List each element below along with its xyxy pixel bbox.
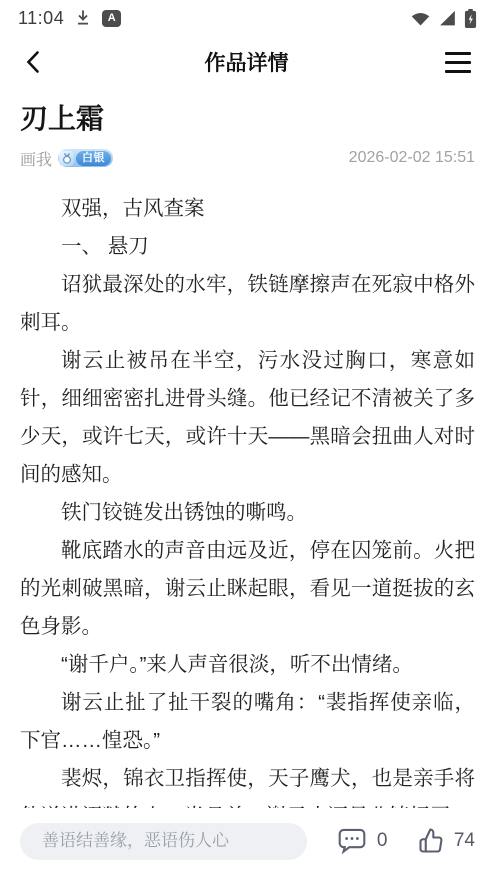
story-paragraph: 谢云止扯了扯干裂的嘴角：“裴指挥使亲临，下官……惶恐。” (20, 684, 475, 760)
work-title: 刃上霜 (20, 102, 475, 136)
bottom-bar: 0 74 (0, 808, 493, 878)
comment-bubble-icon (336, 826, 368, 856)
back-button[interactable] (22, 49, 46, 75)
story-paragraph: 靴底踏水的声音由远及近，停在囚笼前。火把的光刺破黑暗，谢云止眯起眼，看见一道挺拔… (20, 532, 475, 646)
story-paragraph: 一、 悬刀 (20, 228, 475, 266)
story-paragraph: 诏狱最深处的水牢，铁链摩擦声在死寂中格外刺耳。 (20, 266, 475, 342)
article: 刃上霜 画我 白银 2026-02-02 15:51 双强，古风查案一、 悬刀诏… (0, 90, 493, 836)
story-paragraph: 双强，古风查案 (20, 190, 475, 228)
story-paragraph: “谢千户。”来人声音很淡，听不出情绪。 (20, 646, 475, 684)
chevron-left-icon (22, 49, 46, 75)
thumbs-up-icon (417, 827, 445, 855)
page-title: 作品详情 (0, 47, 493, 77)
publish-date: 2026-02-02 15:51 (349, 149, 475, 167)
meta-row: 画我 白银 2026-02-02 15:51 (20, 148, 475, 168)
clock: 11:04 (18, 8, 64, 29)
menu-button[interactable] (445, 52, 471, 73)
like-action[interactable]: 74 (417, 827, 475, 855)
a-badge-icon: A (102, 10, 121, 27)
status-bar: 11:04 A (0, 0, 493, 34)
cellular-icon (438, 9, 457, 27)
header: 作品详情 (0, 34, 493, 90)
hamburger-icon (445, 52, 471, 55)
download-icon (74, 9, 92, 27)
like-count: 74 (454, 830, 475, 852)
story-paragraph: 谢云止被吊在半空，污水没过胸口，寒意如针，细细密密扎进骨头缝。他已经记不清被关了… (20, 342, 475, 494)
story-paragraph: 铁门铰链发出锈蚀的嘶鸣。 (20, 494, 475, 532)
wifi-icon (410, 9, 431, 27)
app-screen: 11:04 A (0, 0, 493, 878)
author-name[interactable]: 画我 (20, 147, 52, 170)
rank-badge-label: 白银 (76, 151, 111, 166)
rank-badge[interactable]: 白银 (58, 149, 113, 167)
battery-charging-icon (464, 8, 477, 29)
story-body: 双强，古风查案一、 悬刀诏狱最深处的水牢，铁链摩擦声在死寂中格外刺耳。谢云止被吊… (20, 190, 475, 836)
comment-count: 0 (377, 830, 391, 852)
medal-icon (59, 151, 74, 166)
comment-action[interactable]: 0 (336, 826, 391, 856)
comment-input[interactable] (20, 823, 307, 860)
